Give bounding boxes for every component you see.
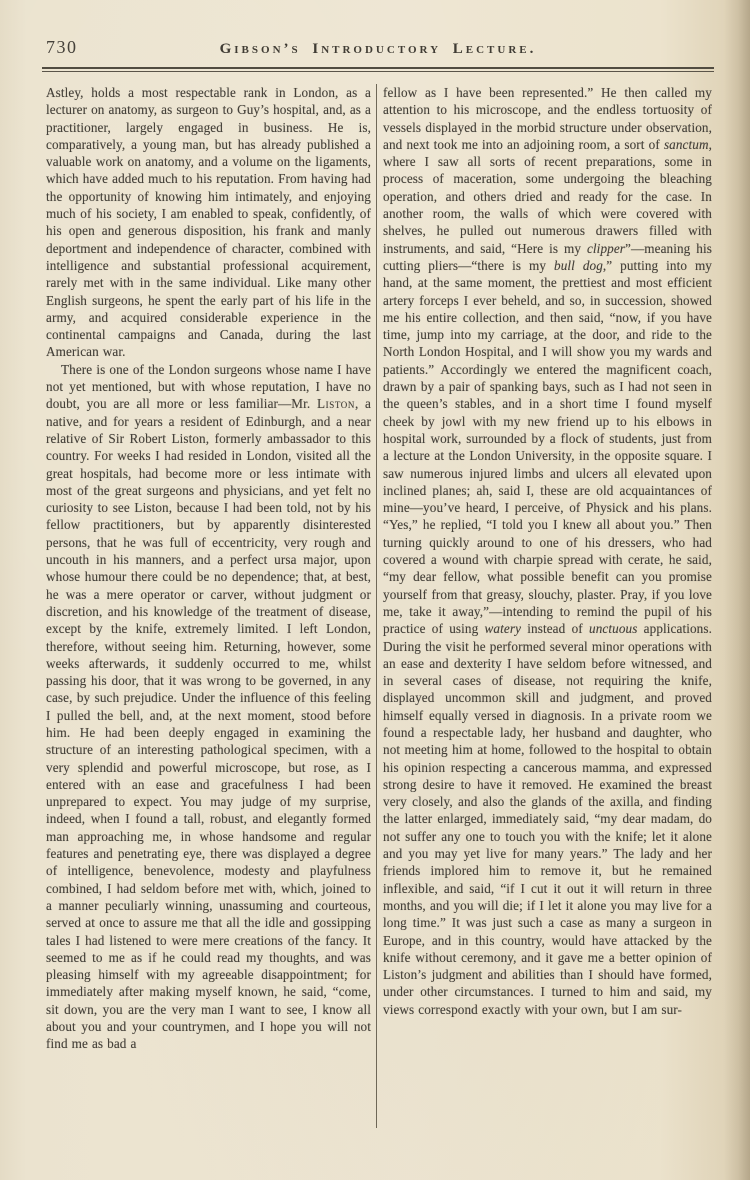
smallcaps-text: Liston [317,396,355,411]
page-header: 730 Gibson’s Introductory Lecture. [46,36,710,62]
page-edge-shadow [724,0,750,1180]
paragraph: fellow as I have been represented.” He t… [383,84,712,1018]
running-head: Gibson’s Introductory Lecture. [46,36,710,58]
paragraph: Astley, holds a most respectable rank in… [46,84,371,361]
italic-text: unctuous [589,621,637,636]
text-columns: Astley, holds a most respectable rank in… [46,84,712,1128]
italic-text: clipper [587,241,625,256]
page-number: 730 [46,37,78,58]
left-column: Astley, holds a most respectable rank in… [46,84,376,1128]
italic-text: bull dog [554,258,603,273]
paragraph: There is one of the London surgeons whos… [46,361,371,1053]
italic-text: sanctum [664,137,709,152]
header-rule [42,67,714,72]
book-page: 730 Gibson’s Introductory Lecture. Astle… [0,0,750,1180]
header-rule-thick [42,67,714,69]
header-rule-thin [42,71,714,72]
italic-text: watery [485,621,522,636]
right-column: fellow as I have been represented.” He t… [377,84,712,1128]
